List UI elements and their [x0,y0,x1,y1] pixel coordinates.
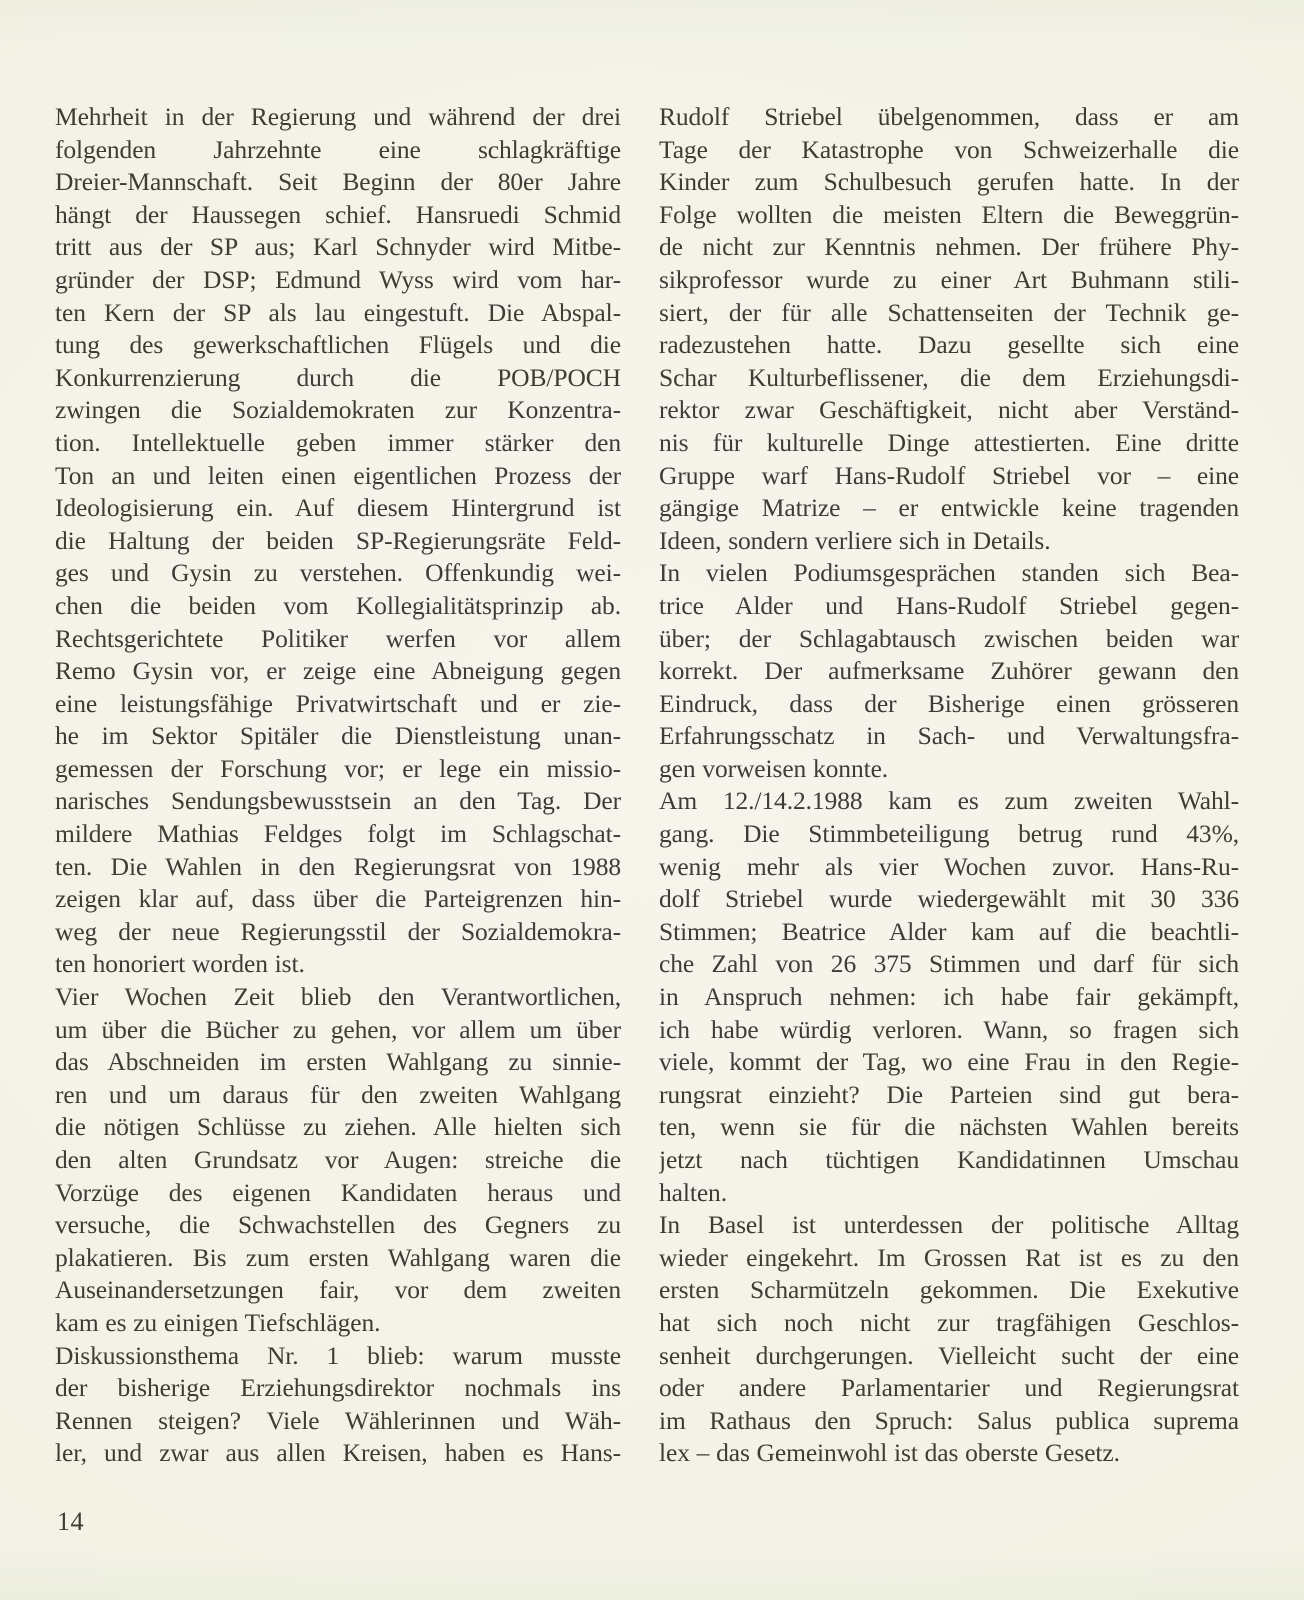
text-block: Mehrheit in der Regierung und während de… [55,101,1239,1470]
text-line: gemessen der Forschung vor; er lege ein … [55,753,621,786]
text-line: rektor zwar Geschäftigkeit, nicht aber V… [659,394,1239,427]
text-line: Konkurrenzierung durch die POB/POCH [55,362,621,395]
text-line: kam es zu einigen Tiefschlägen. [55,1307,621,1340]
text-line: den alten Grundsatz vor Augen: streiche … [55,1144,621,1177]
text-line: Auseinandersetzungen fair, vor dem zweit… [55,1274,621,1307]
text-line: Ideologisierung ein. Auf diesem Hintergr… [55,492,621,525]
text-line: gang. Die Stimmbeteiligung betrug rund 4… [659,818,1239,851]
text-line: Dreier-Mannschaft. Seit Beginn der 80er … [55,166,621,199]
text-line: Mehrheit in der Regierung und während de… [55,101,621,134]
text-line: ges und Gysin zu verstehen. Offenkundig … [55,557,621,590]
text-line: ersten Scharmützeln gekommen. Die Exekut… [659,1274,1239,1307]
text-line: korrekt. Der aufmerksame Zuhörer gewann … [659,655,1239,688]
text-line: Vorzüge des eigenen Kandidaten heraus un… [55,1177,621,1210]
text-line: ten, wenn sie für die nächsten Wahlen be… [659,1111,1239,1144]
text-line: ten. Die Wahlen in den Regierungsrat von… [55,851,621,884]
text-line: sikprofessor wurde zu einer Art Buhmann … [659,264,1239,297]
text-line: wenig mehr als vier Wochen zuvor. Hans-R… [659,851,1239,884]
text-line: halten. [659,1177,1239,1210]
text-line: gängige Matrize – er entwickle keine tra… [659,492,1239,525]
text-line: Ideen, sondern verliere sich in Details. [659,525,1239,558]
text-line: versuche, die Schwachstellen des Gegners… [55,1209,621,1242]
text-line: ten Kern der SP als lau eingestuft. Die … [55,297,621,330]
text-line: ich habe würdig verloren. Wann, so frage… [659,1014,1239,1047]
text-line: gen vorweisen konnte. [659,753,1239,786]
page-number: 14 [57,1506,84,1538]
text-column-left: Mehrheit in der Regierung und während de… [55,101,621,1470]
text-line: weg der neue Regierungsstil der Sozialde… [55,916,621,949]
text-line: Vier Wochen Zeit blieb den Verantwortlic… [55,981,621,1014]
text-line: ten honoriert worden ist. [55,948,621,981]
text-line: tion. Intellektuelle geben immer stärker… [55,427,621,460]
text-line: In vielen Podiumsgesprächen standen sich… [659,557,1239,590]
text-line: radezustehen hatte. Dazu gesellte sich e… [659,329,1239,362]
text-line: folgenden Jahrzehnte eine schlagkräftige [55,134,621,167]
scanned-book-page: Mehrheit in der Regierung und während de… [0,0,1304,1600]
text-line: tritt aus der SP aus; Karl Schnyder wird… [55,231,621,264]
text-line: ler, und zwar aus allen Kreisen, haben e… [55,1437,621,1470]
text-line: Tage der Katastrophe von Schweizerhalle … [659,134,1239,167]
text-line: In Basel ist unterdessen der politische … [659,1209,1239,1242]
text-line: plakatieren. Bis zum ersten Wahlgang war… [55,1242,621,1275]
text-line: eine leistungsfähige Privatwirtschaft un… [55,688,621,721]
text-line: chen die beiden vom Kollegialitätsprinzi… [55,590,621,623]
text-line: hängt der Haussegen schief. Hansruedi Sc… [55,199,621,232]
text-line: Kinder zum Schulbesuch gerufen hatte. In… [659,166,1239,199]
text-line: mildere Mathias Feldges folgt im Schlags… [55,818,621,851]
text-line: che Zahl von 26 375 Stimmen und darf für… [659,948,1239,981]
text-line: hat sich noch nicht zur tragfähigen Gesc… [659,1307,1239,1340]
text-line: Ton an und leiten einen eigentlichen Pro… [55,460,621,493]
text-line: he im Sektor Spitäler die Dienstleistung… [55,720,621,753]
text-line: lex – das Gemeinwohl ist das oberste Ges… [659,1437,1239,1470]
text-line: Diskussionsthema Nr. 1 blieb: warum muss… [55,1340,621,1373]
text-line: jetzt nach tüchtigen Kandidatinnen Umsch… [659,1144,1239,1177]
text-line: viele, kommt der Tag, wo eine Frau in de… [659,1046,1239,1079]
text-line: Stimmen; Beatrice Alder kam auf die beac… [659,916,1239,949]
text-line: trice Alder und Hans-Rudolf Striebel geg… [659,590,1239,623]
text-line: Schar Kulturbeflissener, die dem Erziehu… [659,362,1239,395]
text-line: dolf Striebel wurde wiedergewählt mit 30… [659,883,1239,916]
text-line: Rudolf Striebel übelgenommen, dass er am [659,101,1239,134]
text-line: im Rathaus den Spruch: Salus publica sup… [659,1405,1239,1438]
text-line: tung des gewerkschaftlichen Flügels und … [55,329,621,362]
text-line: wieder eingekehrt. Im Grossen Rat ist es… [659,1242,1239,1275]
text-line: Rennen steigen? Viele Wählerinnen und Wä… [55,1405,621,1438]
text-line: siert, der für alle Schattenseiten der T… [659,297,1239,330]
text-line: zwingen die Sozialdemokraten zur Konzent… [55,394,621,427]
text-line: Remo Gysin vor, er zeige eine Abneigung … [55,655,621,688]
text-line: Folge wollten die meisten Eltern die Bew… [659,199,1239,232]
text-column-right: Rudolf Striebel übelgenommen, dass er am… [659,101,1239,1470]
text-line: senheit durchgerungen. Vielleicht sucht … [659,1340,1239,1373]
text-line: über; der Schlagabtausch zwischen beiden… [659,623,1239,656]
text-line: gründer der DSP; Edmund Wyss wird vom ha… [55,264,621,297]
text-line: die nötigen Schlüsse zu ziehen. Alle hie… [55,1111,621,1144]
text-line: zeigen klar auf, dass über die Parteigre… [55,883,621,916]
text-line: nis für kulturelle Dinge attestierten. E… [659,427,1239,460]
text-line: Rechtsgerichtete Politiker werfen vor al… [55,623,621,656]
text-line: in Anspruch nehmen: ich habe fair gekämp… [659,981,1239,1014]
text-line: oder andere Parlamentarier und Regierung… [659,1372,1239,1405]
text-line: das Abschneiden im ersten Wahlgang zu si… [55,1046,621,1079]
text-line: Gruppe warf Hans-Rudolf Striebel vor – e… [659,460,1239,493]
text-line: die Haltung der beiden SP-Regierungsräte… [55,525,621,558]
text-line: ren und um daraus für den zweiten Wahlga… [55,1079,621,1112]
text-line: Erfahrungsschatz in Sach- und Verwaltung… [659,720,1239,753]
text-line: rungsrat einzieht? Die Parteien sind gut… [659,1079,1239,1112]
text-line: Eindruck, dass der Bisherige einen gröss… [659,688,1239,721]
text-line: narisches Sendungsbewusstsein an den Tag… [55,785,621,818]
text-line: Am 12./14.2.1988 kam es zum zweiten Wahl… [659,785,1239,818]
text-line: um über die Bücher zu gehen, vor allem u… [55,1014,621,1047]
text-line: de nicht zur Kenntnis nehmen. Der früher… [659,231,1239,264]
text-line: der bisherige Erziehungsdirektor nochmal… [55,1372,621,1405]
